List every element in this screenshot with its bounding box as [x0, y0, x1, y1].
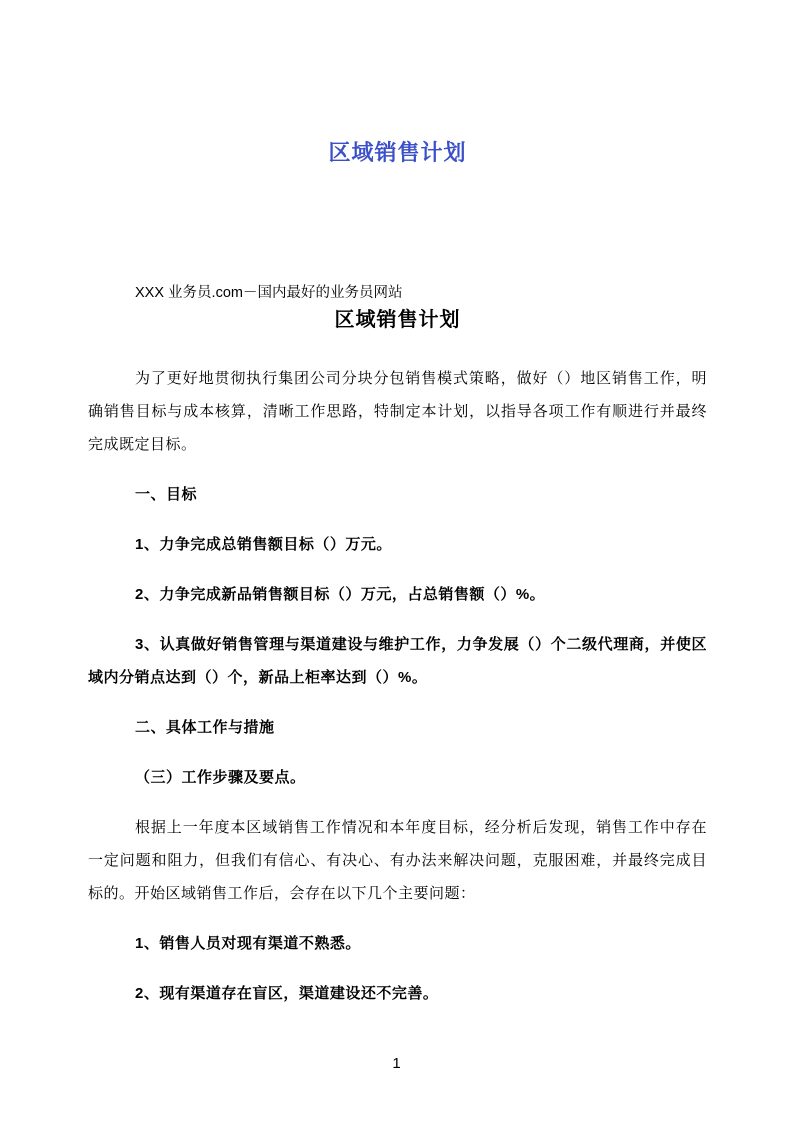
- document-main-title: 区域销售计划: [88, 306, 707, 334]
- problem-item-2: 2、现有渠道存在盲区，渠道建设还不完善。: [88, 977, 707, 1010]
- goal-item-2: 2、力争完成新品销售额目标（）万元，占总销售额（）%。: [88, 578, 707, 611]
- document-page: 区域销售计划 XXX 业务员.com－国内最好的业务员网站 区域销售计划 为了更…: [0, 0, 793, 1122]
- goal-item-3: 3、认真做好销售管理与渠道建设与维护工作，力争发展（）个二级代理商，并使区域内分…: [88, 628, 707, 694]
- paragraph-analysis: 根据上一年度本区域销售工作情况和本年度目标，经分析后发现，销售工作中存在一定问题…: [88, 811, 707, 910]
- problem-item-1: 1、销售人员对现有渠道不熟悉。: [88, 927, 707, 960]
- paragraph-intro: 为了更好地贯彻执行集团公司分块分包销售模式策略，做好（）地区销售工作，明确销售目…: [88, 362, 707, 461]
- site-watermark-line: XXX 业务员.com－国内最好的业务员网站: [88, 283, 707, 304]
- heading-section-one-goals: 一、目标: [88, 478, 707, 511]
- heading-subsection-three-steps: （三）工作步骤及要点。: [88, 761, 707, 794]
- page-number: 1: [0, 1054, 793, 1074]
- heading-section-two-measures: 二、具体工作与措施: [88, 711, 707, 744]
- document-top-title: 区域销售计划: [88, 138, 707, 168]
- goal-item-1: 1、力争完成总销售额目标（）万元。: [88, 528, 707, 561]
